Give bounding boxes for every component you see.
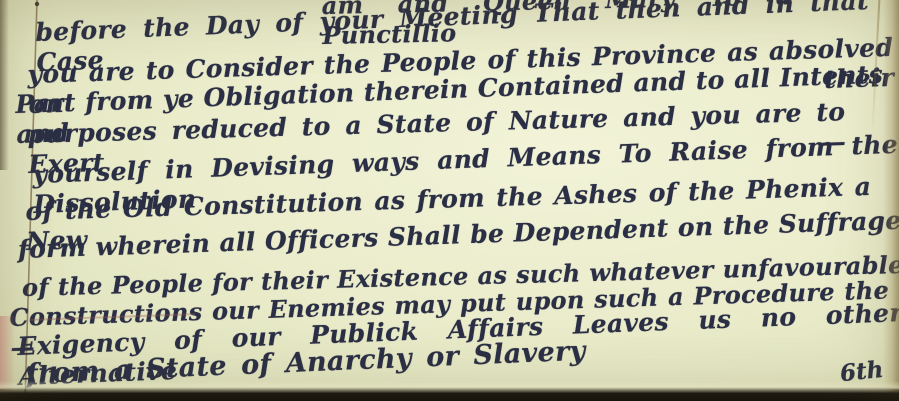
bottom-left-red-tint [0, 316, 15, 391]
manuscript-page-photo: am and Queen Mary To a Punctillio before… [0, 0, 899, 401]
page-right-edge [883, 0, 899, 401]
page-left-edge-shadow [0, 0, 9, 170]
page-bottom-edge-shadow [0, 387, 899, 401]
